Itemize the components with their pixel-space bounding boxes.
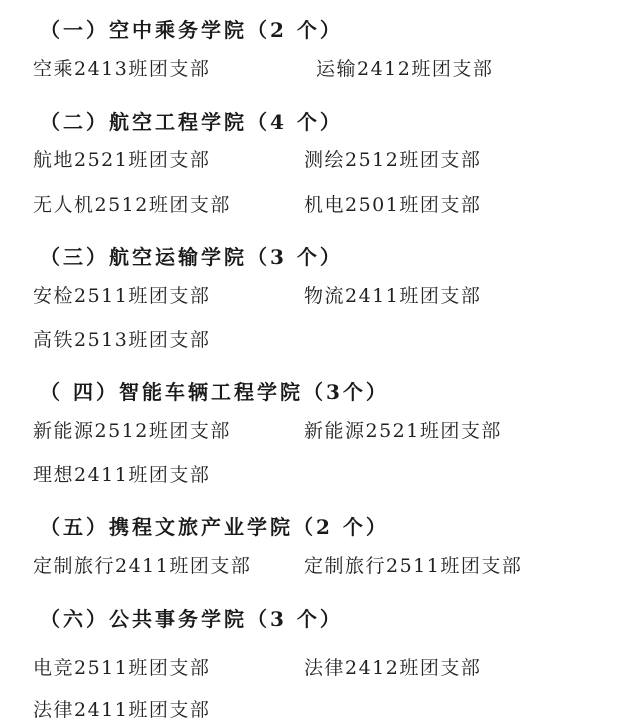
list-item: 运输2412班团支部 [316,57,493,81]
list-item: 航地2521班团支部 [33,148,210,172]
section-heading-5: （五）携程文旅产业学院（2 个） [40,515,389,539]
section-heading-1: （一）空中乘务学院（2 个） [40,18,343,42]
list-item: 定制旅行2411班团支部 [33,554,251,578]
list-item: 新能源2521班团支部 [304,419,502,443]
section-heading-2: （二）航空工程学院（4 个） [40,110,343,134]
section-heading-3: （三）航空运输学院（3 个） [40,245,343,269]
list-item: 高铁2513班团支部 [33,328,210,352]
list-item: 法律2411班团支部 [33,698,210,722]
list-item: 无人机2512班团支部 [33,193,231,217]
section-heading-4: （ 四）智能车辆工程学院（3个） [40,380,389,404]
list-item: 新能源2512班团支部 [33,419,231,443]
list-item: 电竞2511班团支部 [33,656,210,680]
list-item: 安检2511班团支部 [33,284,210,308]
section-heading-6: （六）公共事务学院（3 个） [40,607,343,631]
list-item: 定制旅行2511班团支部 [304,554,522,578]
list-item: 理想2411班团支部 [33,463,210,487]
list-item: 空乘2413班团支部 [33,57,210,81]
list-item: 测绘2512班团支部 [304,148,481,172]
list-item: 物流2411班团支部 [304,284,481,308]
list-item: 机电2501班团支部 [304,193,481,217]
list-item: 法律2412班团支部 [304,656,481,680]
